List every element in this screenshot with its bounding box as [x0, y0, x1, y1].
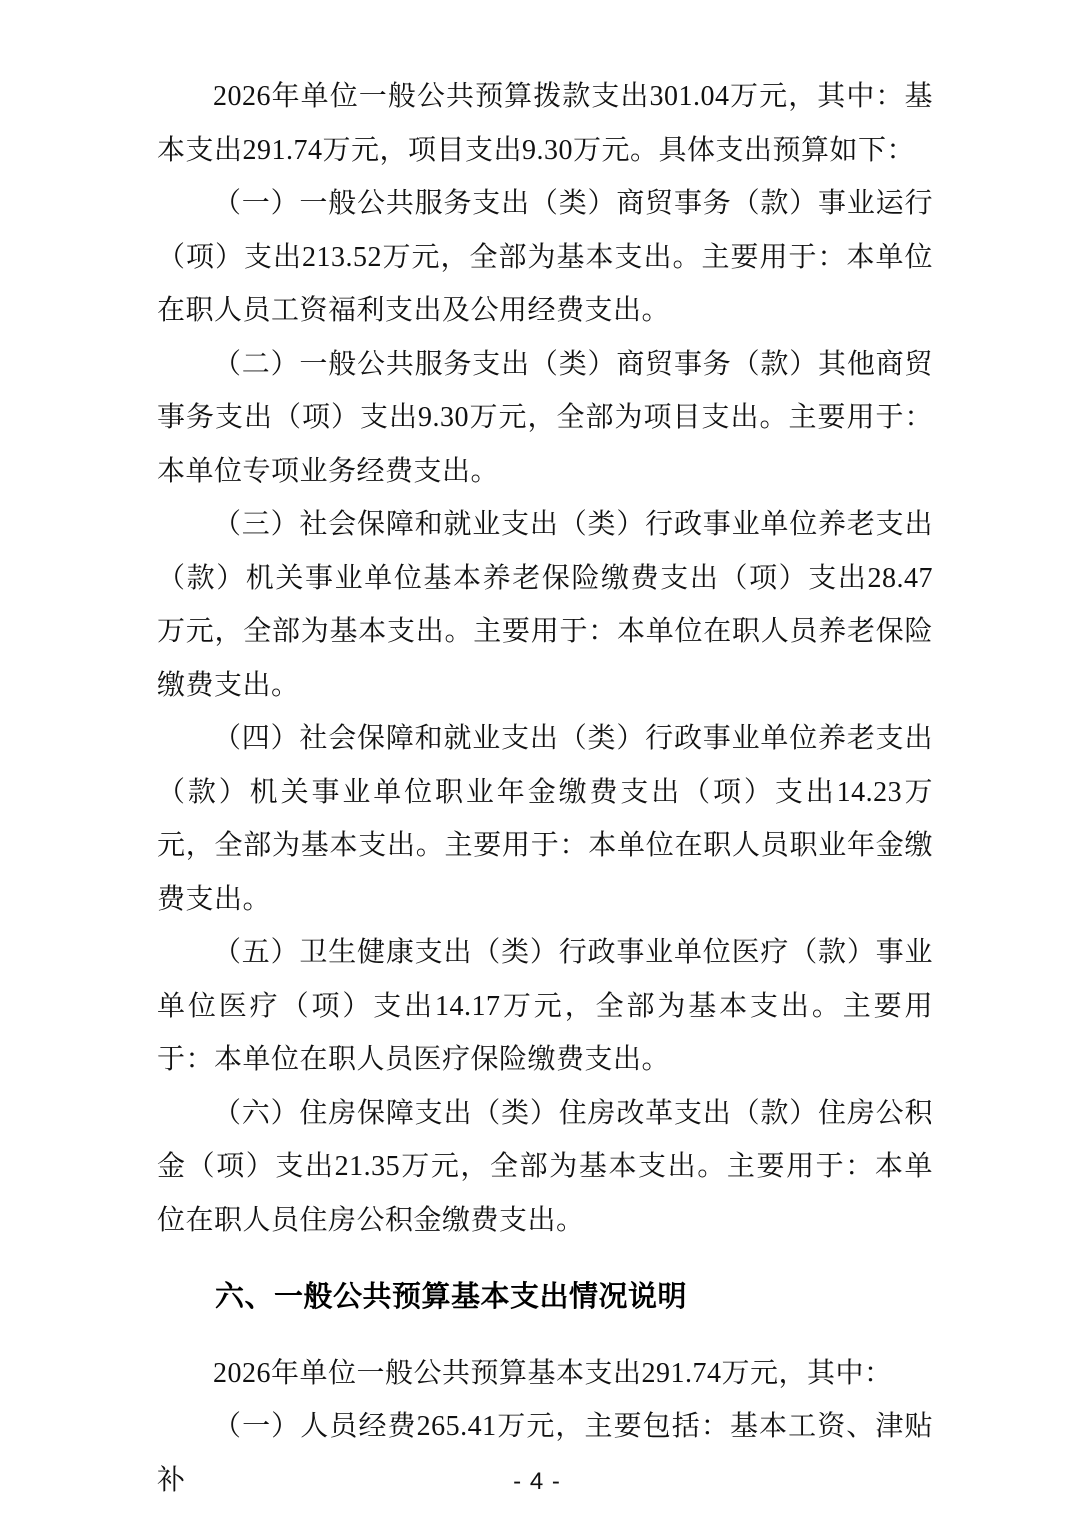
- expenditure-item-2-paragraph: （二）一般公共服务支出（类）商贸事务（款）其他商贸事务支出（项）支出9.30万元…: [157, 338, 933, 499]
- page-footer: - 4 -: [0, 1466, 1074, 1498]
- budget-appropriation-intro-paragraph: 2026年单位一般公共预算拨款支出301.04万元，其中：基本支出291.74万…: [157, 70, 933, 177]
- page-number: - 4 -: [513, 1468, 561, 1495]
- expenditure-item-1-paragraph: （一）一般公共服务支出（类）商贸事务（款）事业运行（项）支出213.52万元，全…: [157, 177, 933, 338]
- expenditure-item-4-paragraph: （四）社会保障和就业支出（类）行政事业单位养老支出（款）机关事业单位职业年金缴费…: [157, 712, 933, 926]
- expenditure-item-3-paragraph: （三）社会保障和就业支出（类）行政事业单位养老支出（款）机关事业单位基本养老保险…: [157, 498, 933, 712]
- section-six-heading: 六、一般公共预算基本支出情况说明: [157, 1271, 933, 1325]
- page-content: 2026年单位一般公共预算拨款支出301.04万元，其中：基本支出291.74万…: [157, 70, 933, 1507]
- expenditure-item-5-paragraph: （五）卫生健康支出（类）行政事业单位医疗（款）事业单位医疗（项）支出14.17万…: [157, 926, 933, 1087]
- expenditure-item-6-paragraph: （六）住房保障支出（类）住房改革支出（款）住房公积金（项）支出21.35万元，全…: [157, 1087, 933, 1248]
- section-six-intro-paragraph: 2026年单位一般公共预算基本支出291.74万元，其中：: [157, 1347, 933, 1401]
